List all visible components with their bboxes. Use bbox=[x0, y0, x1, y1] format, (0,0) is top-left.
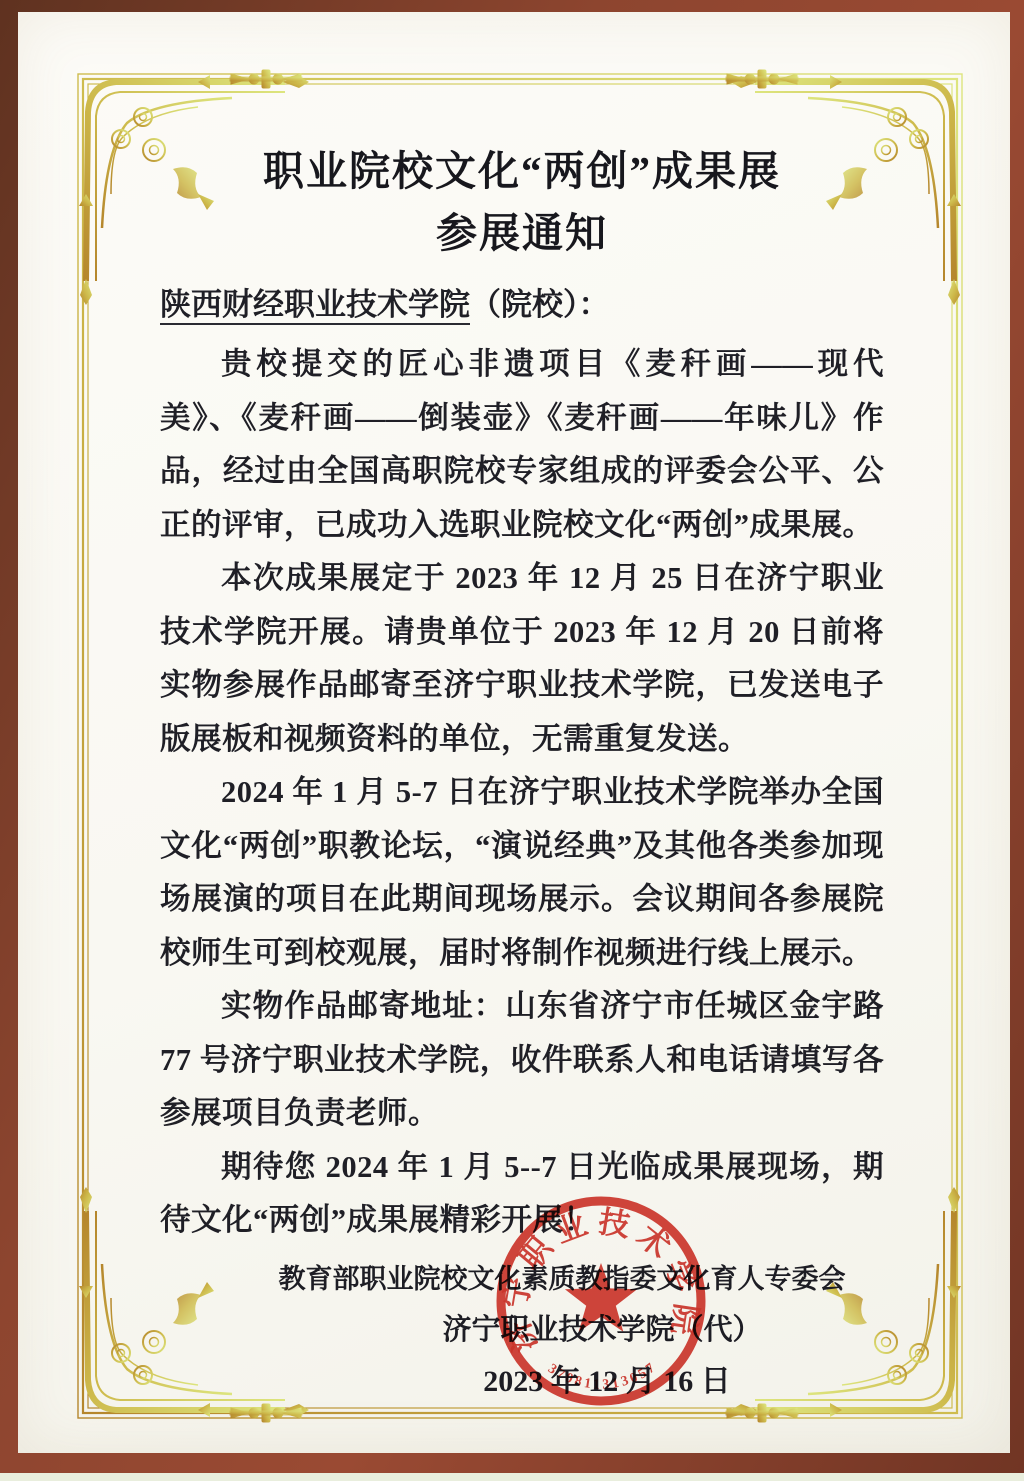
notice-title-line1: 职业院校文化“两创”成果展 bbox=[160, 140, 884, 202]
paragraph-mailing-address: 实物作品邮寄地址：山东省济宁市任城区金宇路 77 号济宁职业技术学院，收件联系人… bbox=[160, 980, 884, 1141]
notice-title-line2: 参展通知 bbox=[160, 202, 884, 264]
paragraph-forum-info: 2024 年 1 月 5-7 日在济宁职业技术学院举办全国文化“两创”职教论坛，… bbox=[160, 766, 884, 980]
photo-frame: 职业院校文化“两创”成果展 参展通知 陕西财经职业技术学院（院校）： 贵校提交的… bbox=[0, 0, 1024, 1473]
paragraph-exhibition-schedule: 本次成果展定于 2023 年 12 月 25 日在济宁职业技术学院开展。请贵单位… bbox=[160, 552, 884, 766]
salutation: 陕西财经职业技术学院（院校）： bbox=[160, 282, 884, 328]
seal-star-icon bbox=[565, 1263, 637, 1332]
salutation-suffix: （院校）： bbox=[470, 287, 610, 322]
recipient-name: 陕西财经职业技术学院 bbox=[160, 287, 470, 325]
paragraph-selection-result: 贵校提交的匠心非遗项目《麦秆画——现代美》、《麦秆画——倒装壶》《麦秆画——年味… bbox=[160, 338, 884, 552]
certificate-paper: 职业院校文化“两创”成果展 参展通知 陕西财经职业技术学院（院校）： 贵校提交的… bbox=[18, 12, 1010, 1453]
official-seal: 济宁职业技术学院 370811313057 bbox=[470, 1170, 732, 1432]
